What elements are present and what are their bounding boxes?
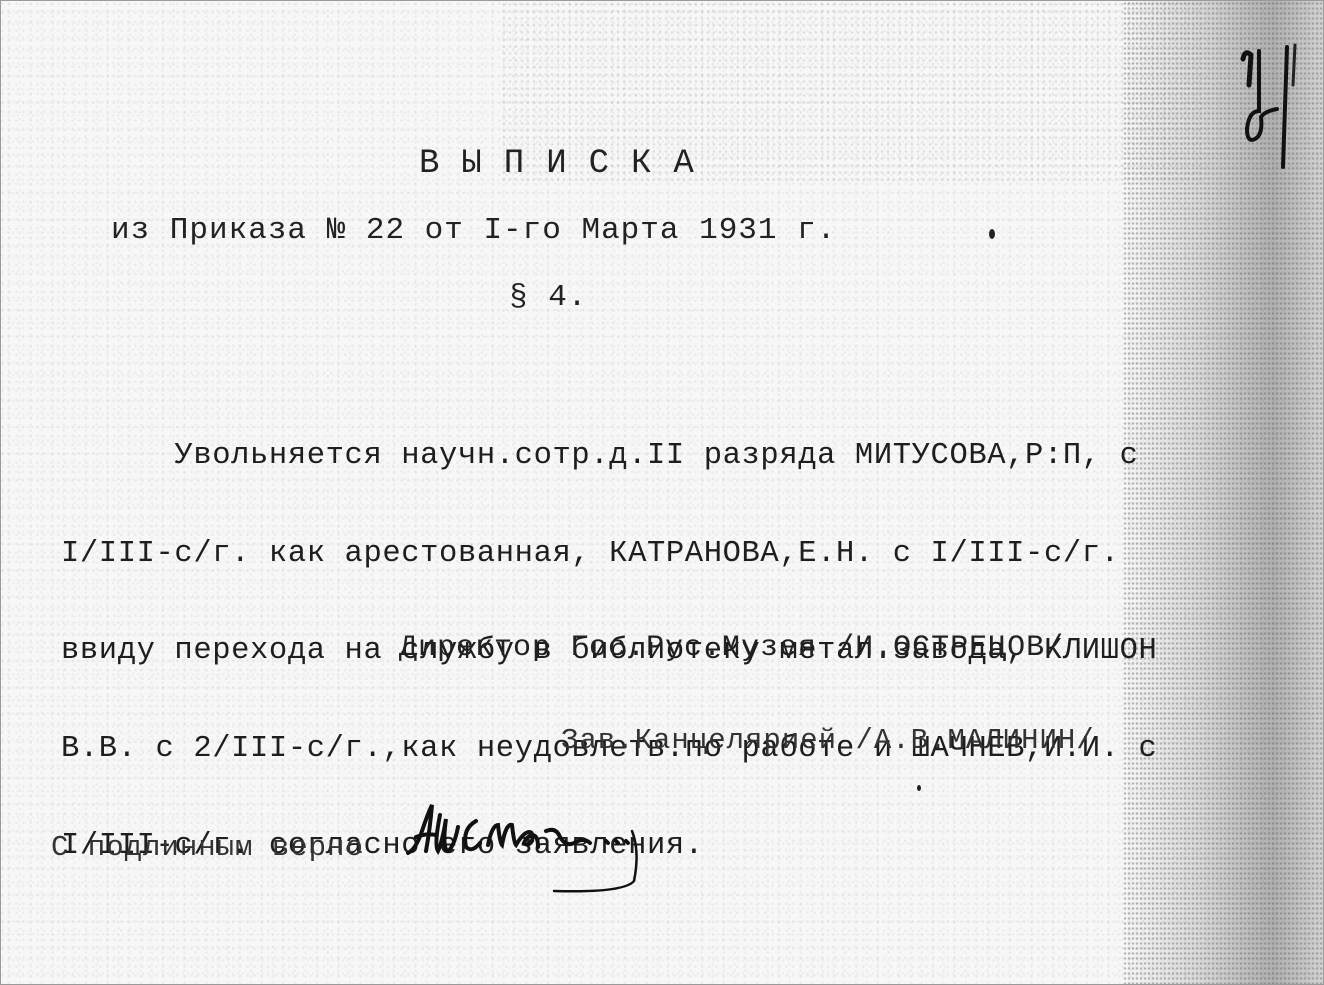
body-line: I/III-с/г. как арестованная, КАТРАНОВА,Е… [61, 538, 1311, 571]
order-reference: из Приказа № 22 от I-го Марта 1931 г. [111, 216, 836, 246]
folio-number-handwritten [1229, 39, 1309, 169]
document-page: ВЫПИСКА из Приказа № 22 от I-го Марта 19… [0, 0, 1324, 985]
ink-mark [917, 785, 921, 791]
section-number: § 4. [509, 283, 587, 313]
ink-mark [989, 229, 995, 239]
handwritten-signature [406, 801, 666, 901]
chancellery-signature-line: Зав.Канцелярией /А.В.МАЛИНИН/ [561, 726, 1095, 756]
document-title: ВЫПИСКА [419, 149, 716, 179]
body-line: Увольняется научн.сотр.д.II разряда МИТУ… [61, 440, 1311, 473]
certified-copy-label: С подлинным верно [51, 833, 364, 863]
director-signature-line: Директор Гос.Рус.Музея /И.ОСТРЕЦОВ/ [399, 633, 1064, 663]
